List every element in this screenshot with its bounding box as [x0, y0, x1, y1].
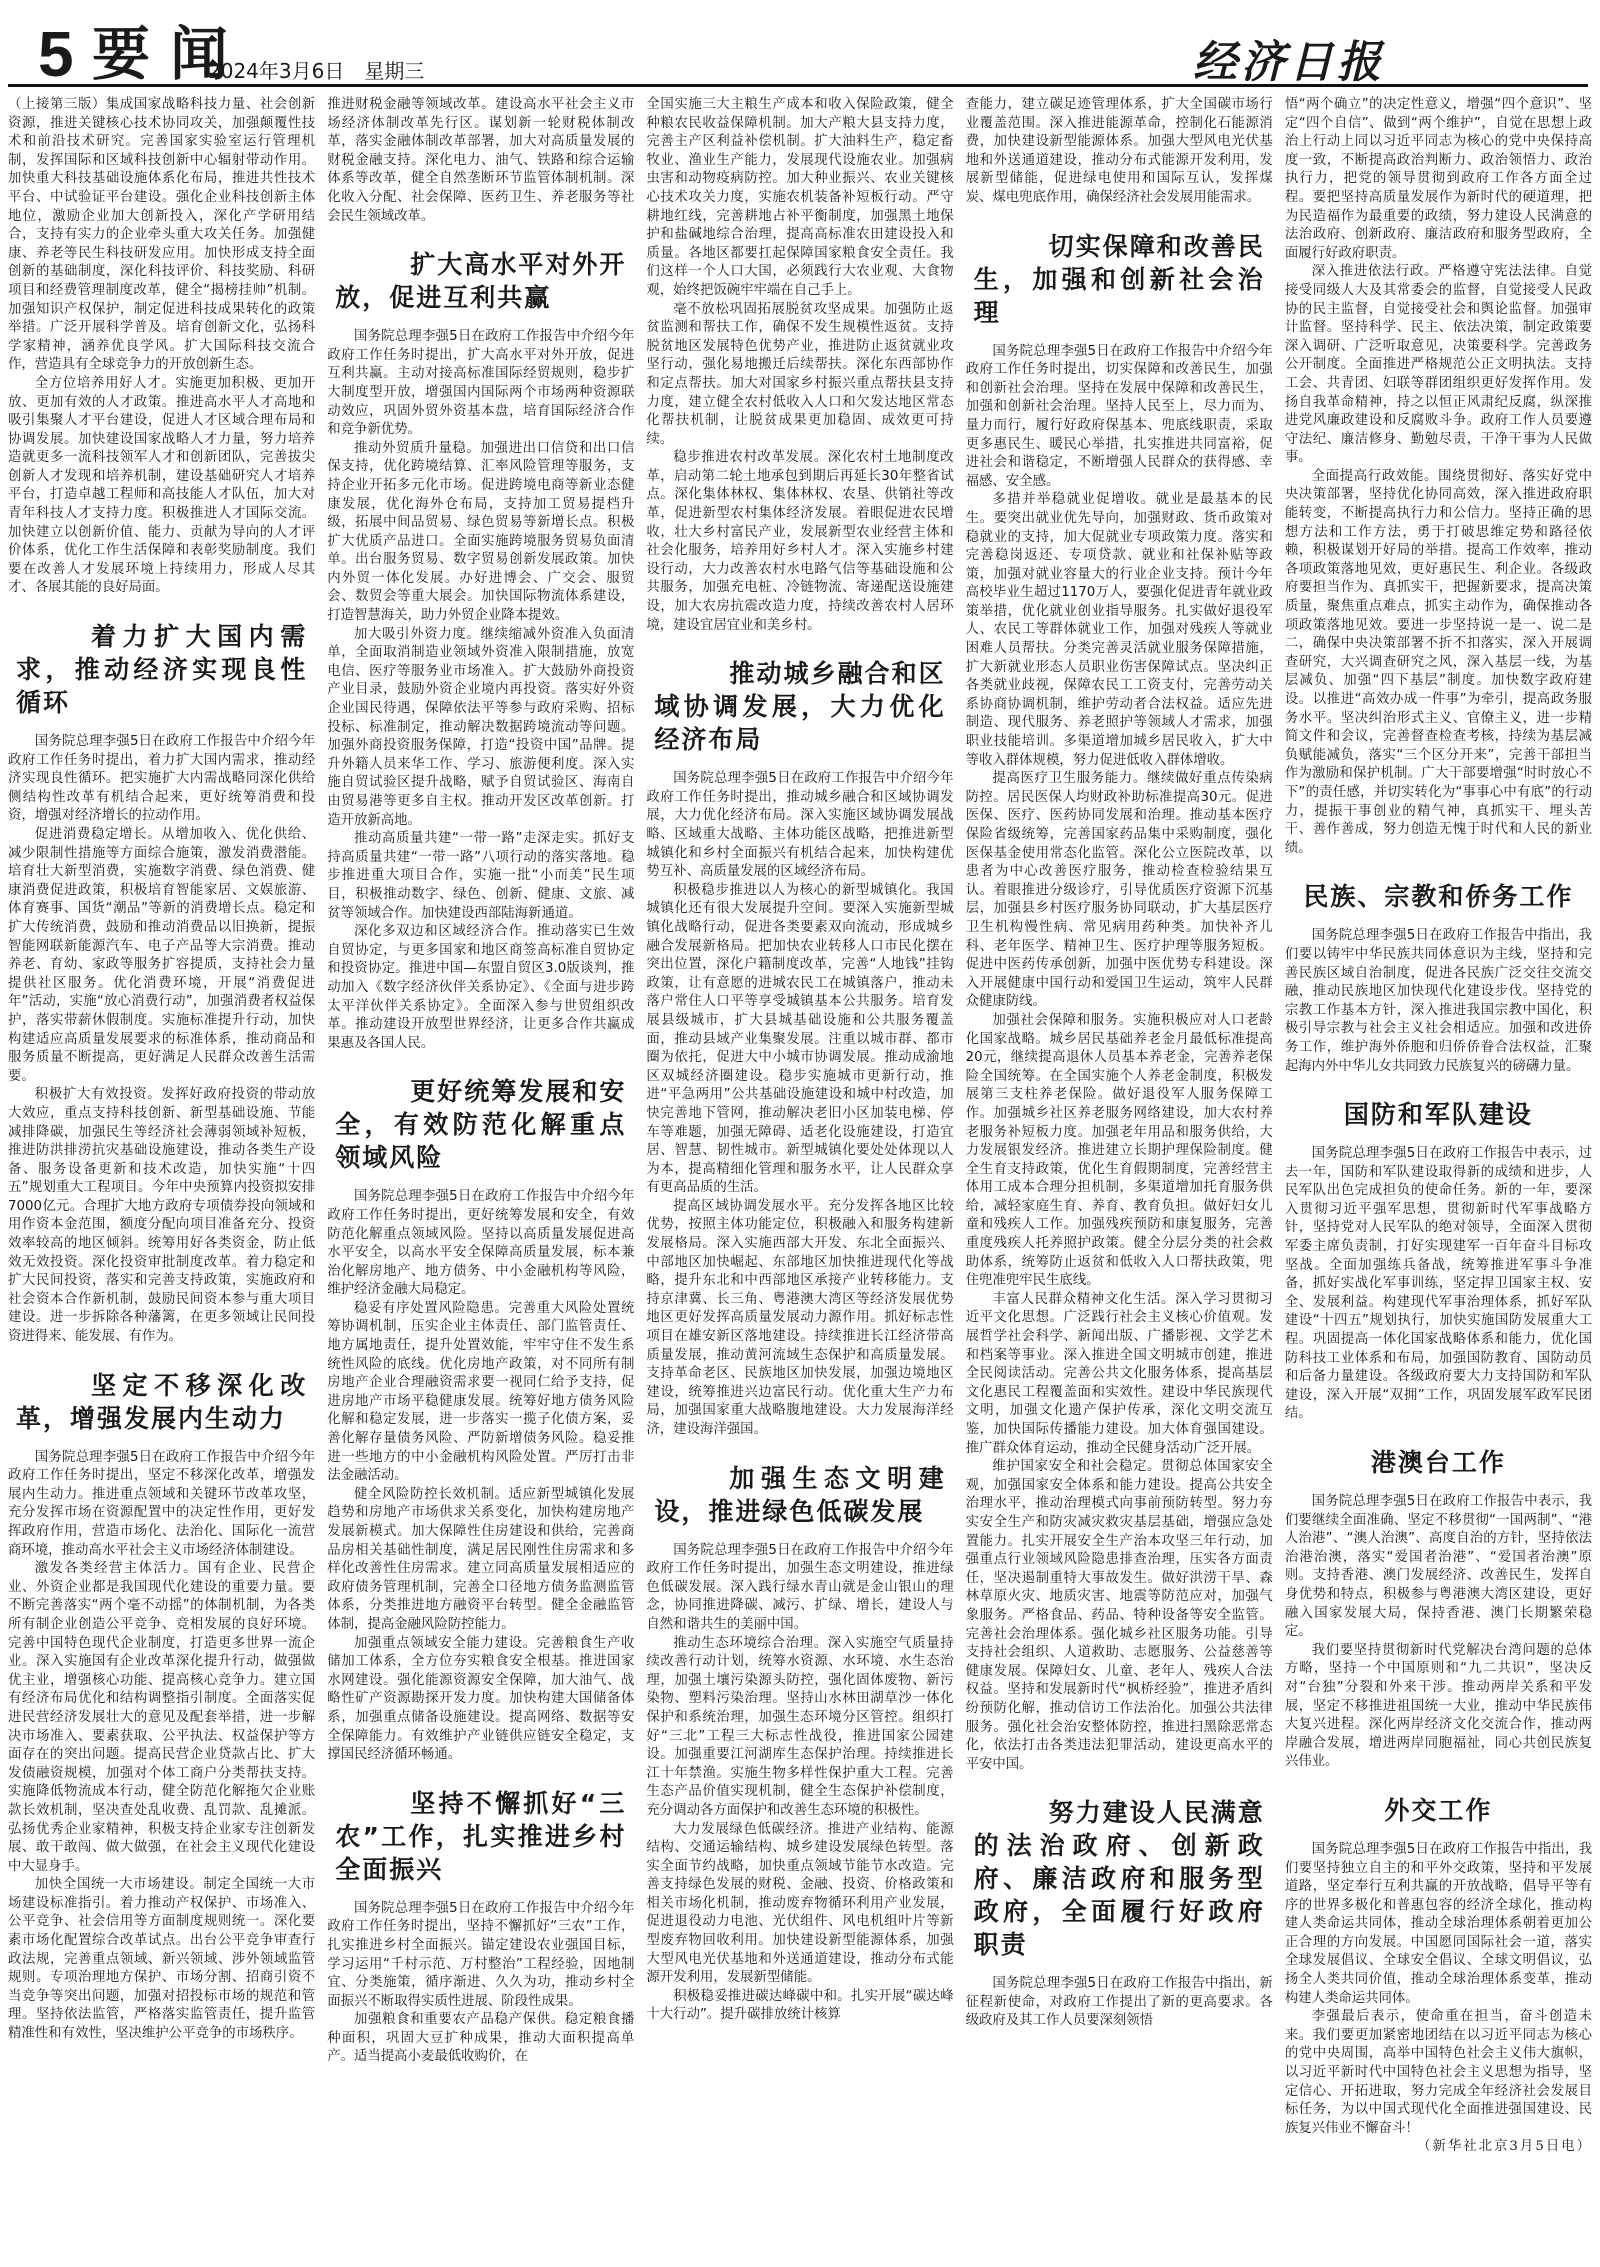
column-1: （上接第三版）集成国家战略科技力量、社会创新资源，推进关键核心技术协同攻关，加强…: [8, 96, 315, 2256]
body-paragraph: 国务院总理李强5日在政府工作报告中介绍今年政府工作任务时提出，坚定不移深化改革，…: [8, 1449, 315, 1561]
body-paragraph: 查能力，建立碳足迹管理体系，扩大全国碳市场行业覆盖范围。深入推进能源革命，控制化…: [966, 96, 1273, 208]
section-headline: 努力建设人民满意的法治政府、创新政府、廉洁政府和服务型政府，全面履行好政府职责: [974, 1796, 1265, 1961]
body-paragraph: 推动外贸质升量稳。加强进出口信贷和出口信保支持，优化跨境结算、汇率风险管理等服务…: [327, 440, 634, 626]
section-headline: 着力扩大国内需求，推动经济实现良性循环: [16, 620, 307, 719]
body-paragraph: 加快全国统一大市场建设。制定全国统一大市场建设标准指引。着力推动产权保护、市场准…: [8, 1876, 315, 2043]
section-headline: 民族、宗教和侨务工作: [1293, 880, 1584, 913]
column-2: 推进财税金融等领域改革。建设高水平社会主义市场经济体制改革先行区。谋划新一轮财税…: [327, 96, 634, 2256]
body-paragraph: 加强重点领域安全能力建设。完善粮食生产收储加工体系，全方位夯实粮食安全根基。推进…: [327, 1635, 634, 1765]
article-columns: （上接第三版）集成国家战略科技力量、社会创新资源，推进关键核心技术协同攻关，加强…: [8, 96, 1592, 2256]
body-paragraph: 激发各类经营主体活力。国有企业、民营企业、外资企业都是我国现代化建设的重要力量。…: [8, 1560, 315, 1876]
body-paragraph: 悟“两个确立”的决定性意义，增强“四个意识”、坚定“四个自信”、做到“两个维护”…: [1285, 96, 1592, 263]
section-headline: 国防和军队建设: [1293, 1098, 1584, 1131]
dateline: （新华社北京3月5日电）: [1285, 2138, 1592, 2157]
body-paragraph: 深入推进依法行政。严格遵守宪法法律。自觉接受同级人大及其常委会的监督，自觉接受人…: [1285, 263, 1592, 468]
section-headline: 港澳台工作: [1293, 1446, 1584, 1479]
body-paragraph: 国务院总理李强5日在政府工作报告中介绍今年政府工作任务时提出，着力扩大国内需求，…: [8, 733, 315, 826]
body-paragraph: 国务院总理李强5日在政府工作报告中介绍今年政府工作任务时提出，坚持不懈抓好“三农…: [327, 1900, 634, 2012]
body-paragraph: 国务院总理李强5日在政府工作报告中介绍今年政府工作任务时提出，扩大高水平对外开放…: [327, 328, 634, 440]
body-paragraph: 深化多双边和区域经济合作。推动落实已生效自贸协定，与更多国家和地区商签高标准自贸…: [327, 923, 634, 1053]
body-paragraph: 积极稳妥推进碳达峰碳中和。扎实开展“碳达峰十大行动”。提升碳排放统计核算: [646, 1988, 953, 2025]
body-paragraph: 积极稳步推进以人为核心的新型城镇化。我国城镇化还有很大发展提升空间。要深入实施新…: [646, 882, 953, 1198]
body-paragraph: 积极扩大有效投资。发挥好政府投资的带动放大效应，重点支持科技创新、新型基础设施、…: [8, 1086, 315, 1346]
section-headline: 坚持不懈抓好“三农”工作，扎实推进乡村全面振兴: [335, 1787, 626, 1886]
body-paragraph: 我们要坚持贯彻新时代党解决台湾问题的总体方略，坚持一个中国原则和“九二共识”，坚…: [1285, 1642, 1592, 1772]
body-paragraph: 健全风险防控长效机制。适应新型城镇化发展趋势和房地产市场供求关系变化，加快构建房…: [327, 1486, 634, 1635]
body-paragraph: 维护国家安全和社会稳定。贯彻总体国家安全观，加强国家安全体系和能力建设。提高公共…: [966, 1458, 1273, 1774]
section-headline: 切实保障和改善民生，加强和创新社会治理: [974, 230, 1265, 329]
column-5: 悟“两个确立”的决定性意义，增强“四个意识”、坚定“四个自信”、做到“两个维护”…: [1285, 96, 1592, 2256]
body-paragraph: 稳步推进农村改革发展。深化农村土地制度改革，启动第二轮土地承包到期后再延长30年…: [646, 449, 953, 635]
body-paragraph: 国务院总理李强5日在政府工作报告中介绍今年政府工作任务时提出，推动城乡融合和区域…: [646, 770, 953, 882]
body-paragraph: 加强粮食和重要农产品稳产保供。稳定粮食播种面积，巩固大豆扩种成果，推动大面积提高…: [327, 2011, 634, 2067]
masthead-rule: [8, 84, 1588, 87]
body-paragraph: 加大吸引外资力度。继续缩减外资准入负面清单，全面取消制造业领域外资准入限制措施，…: [327, 626, 634, 831]
body-paragraph: 丰富人民群众精神文化生活。深入学习贯彻习近平文化思想。广泛践行社会主义核心价值观…: [966, 1291, 1273, 1458]
body-paragraph: 稳妥有序处置风险隐患。完善重大风险处置统筹协调机制，压实企业主体责任、部门监管责…: [327, 1300, 634, 1486]
body-paragraph: 提高医疗卫生服务能力。继续做好重点传染病防控。居民医保人均财政补助标准提高30元…: [966, 770, 1273, 1012]
section-headline: 扩大高水平对外开放，促进互利共赢: [335, 248, 626, 314]
body-paragraph: 国务院总理李强5日在政府工作报告中介绍今年政府工作任务时提出，更好统筹发展和安全…: [327, 1188, 634, 1300]
section-headline: 外交工作: [1293, 1794, 1584, 1827]
newspaper-logo: 经济日报: [1193, 26, 1385, 90]
body-paragraph: 国务院总理李强5日在政府工作报告中表示，过去一年，国防和军队建设取得新的成绩和进…: [1285, 1145, 1592, 1424]
body-paragraph: 国务院总理李强5日在政府工作报告中指出，我们要以铸牢中华民族共同体意识为主线，坚…: [1285, 927, 1592, 1076]
page-number: 5: [38, 22, 74, 86]
body-paragraph: 国务院总理李强5日在政府工作报告中表示，我们要继续全面准确、坚定不移贯彻“一国两…: [1285, 1493, 1592, 1642]
section-headline: 坚定不移深化改革，增强发展内生动力: [16, 1369, 307, 1435]
body-paragraph: 加强社会保障和服务。实施积极应对人口老龄化国家战略。城乡居民基础养老金月最低标准…: [966, 1012, 1273, 1291]
column-3: 全国实施三大主粮生产成本和收入保险政策，健全种粮农民收益保障机制。加大产粮大县支…: [646, 96, 953, 2256]
section-headline: 加强生态文明建设，推进绿色低碳发展: [654, 1462, 945, 1528]
body-paragraph: （上接第三版）集成国家战略科技力量、社会创新资源，推进关键核心技术协同攻关，加强…: [8, 96, 315, 375]
body-paragraph: 全方位培养用好人才。实施更加积极、更加开放、更加有效的人才政策。推进高水平人才高…: [8, 375, 315, 598]
masthead: 5 要闻 2024年3月6日 星期三 经济日报: [0, 0, 1600, 86]
body-paragraph: 国务院总理李强5日在政府工作报告中指出，新征程新使命，对政府工作提出了新的更高要…: [966, 1975, 1273, 2031]
body-paragraph: 推动生态环境综合治理。深入实施空气质量持续改善行动计划，统筹水资源、水环境、水生…: [646, 1635, 953, 1821]
section-headline: 更好统筹发展和安全，有效防范化解重点领域风险: [335, 1075, 626, 1174]
issue-date: 2024年3月6日 星期三: [208, 60, 424, 82]
body-paragraph: 全面提高行政效能。围绕贯彻好、落实好党中央决策部署，坚持优化协同高效，深入推进政…: [1285, 468, 1592, 858]
body-paragraph: 大力发展绿色低碳经济。推进产业结构、能源结构、交通运输结构、城乡建设发展绿色转型…: [646, 1821, 953, 1988]
body-paragraph: 李强最后表示，使命重在担当，奋斗创造未来。我们要更加紧密地团结在以习近平同志为核…: [1285, 2008, 1592, 2138]
body-paragraph: 国务院总理李强5日在政府工作报告中指出，我们要坚持独立自主的和平外交政策，坚持和…: [1285, 1841, 1592, 2008]
body-paragraph: 全国实施三大主粮生产成本和收入保险政策，健全种粮农民收益保障机制。加大产粮大县支…: [646, 96, 953, 301]
body-paragraph: 推动高质量共建“一带一路”走深走实。抓好支持高质量共建“一带一路”八项行动的落实…: [327, 830, 634, 923]
body-paragraph: 推进财税金融等领域改革。建设高水平社会主义市场经济体制改革先行区。谋划新一轮财税…: [327, 96, 634, 226]
body-paragraph: 多措并举稳就业促增收。就业是最基本的民生。要突出就业优先导向，加强财政、货币政策…: [966, 491, 1273, 770]
body-paragraph: 促进消费稳定增长。从增加收入、优化供给、减少限制性措施等方面综合施策，激发消费潜…: [8, 826, 315, 1086]
body-paragraph: 毫不放松巩固拓展脱贫攻坚成果。加强防止返贫监测和帮扶工作，确保不发生规模性返贫。…: [646, 301, 953, 450]
section-headline: 推动城乡融合和区域协调发展，大力优化经济布局: [654, 657, 945, 756]
body-paragraph: 国务院总理李强5日在政府工作报告中介绍今年政府工作任务时提出，加强生态文明建设，…: [646, 1542, 953, 1635]
body-paragraph: 国务院总理李强5日在政府工作报告中介绍今年政府工作任务时提出，切实保障和改善民生…: [966, 343, 1273, 492]
column-4: 查能力，建立碳足迹管理体系，扩大全国碳市场行业覆盖范围。深入推进能源革命，控制化…: [966, 96, 1273, 2256]
body-paragraph: 提高区域协调发展水平。充分发挥各地区比较优势，按照主体功能定位，积极融入和服务构…: [646, 1198, 953, 1440]
